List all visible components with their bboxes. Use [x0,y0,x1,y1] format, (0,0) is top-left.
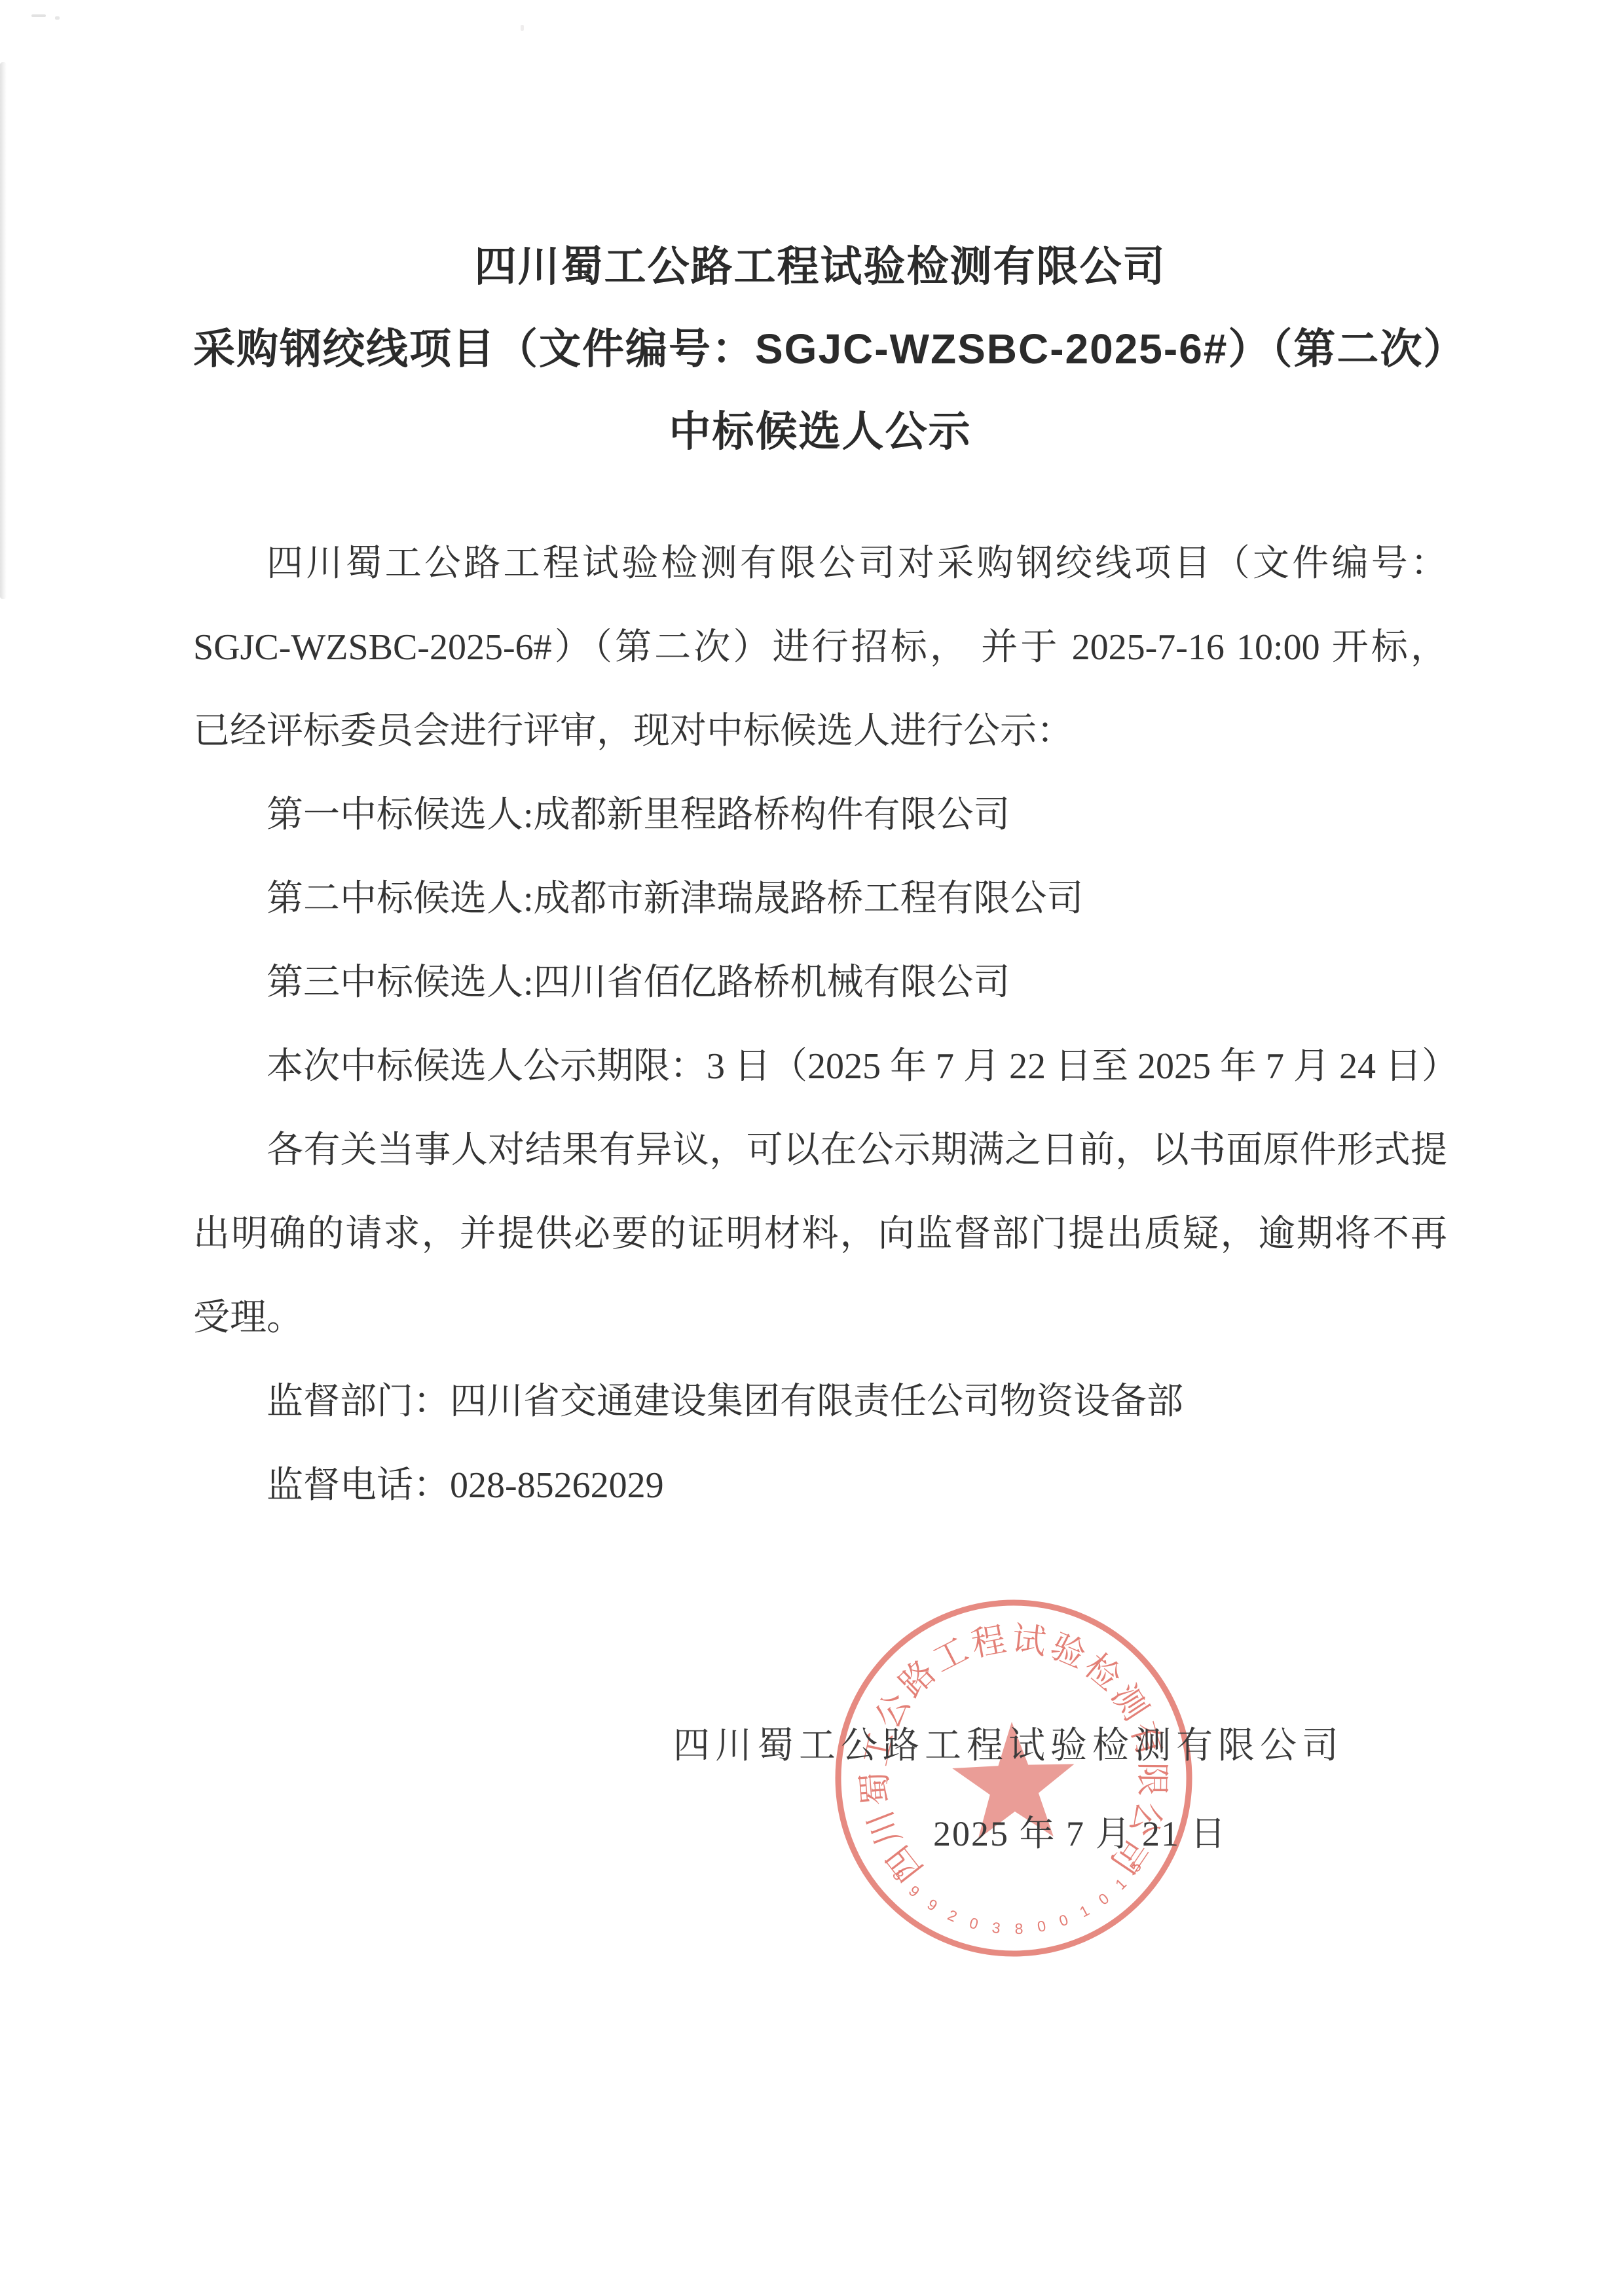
body-line-candidate-3: 第三中标候选人:四川省佰亿路桥机械有限公司 [193,941,1447,1025]
title-line-announcement: 中标候选人公示 [193,390,1447,473]
svg-text:3: 3 [991,1919,1001,1937]
title-line-project: 采购钢绞线项目（文件编号：SGJC-WZSBC-2025-6#）（第二次） [193,308,1447,390]
body-line: 受理。 [193,1276,1447,1360]
svg-text:1: 1 [1112,1875,1130,1893]
svg-text:0: 0 [1036,1917,1047,1935]
body-line-supervision-phone: 监督电话：028-85262029 [193,1444,1447,1527]
scan-speck [55,16,60,20]
svg-text:蜀: 蜀 [856,1770,896,1807]
body-line: 出明确的请求，并提供必要的证明材料，向监督部门提出质疑，逾期将不再 [193,1192,1447,1276]
body-line-candidate-2: 第二中标候选人:成都市新津瑞晟路桥工程有限公司 [193,857,1447,941]
svg-text:0: 0 [968,1914,980,1933]
body-line-candidate-1: 第一中标候选人:成都新里程路桥构件有限公司 [193,773,1447,857]
scan-speck [31,14,46,17]
svg-text:川: 川 [861,1806,909,1851]
body-line: 已经评标委员会进行评审，现对中标候选人进行公示： [193,689,1447,773]
title-line-company: 四川蜀工公路工程试验检测有限公司 [193,225,1447,308]
svg-text:9: 9 [906,1882,923,1901]
company-seal-stamp: 四川蜀工公路工程试验检测有限公司 5101008302993 [817,1582,1210,1975]
body-line: SGJC-WZSBC-2025-6#）（第二次）进行招标， 并于 2025-7-… [193,606,1447,689]
signature-company: 四川蜀工公路工程试验检测有限公司 [673,1717,1344,1769]
body-line-publicity-period: 本次中标候选人公示期限：3 日（2025 年 7 月 22 日至 2025 年 … [193,1025,1447,1108]
body-line: 四川蜀工公路工程试验检测有限公司对采购钢绞线项目（文件编号： [193,522,1447,606]
svg-text:0: 0 [1095,1889,1112,1908]
scan-speck [521,25,524,31]
svg-text:0: 0 [1057,1911,1071,1930]
document-body: 四川蜀工公路工程试验检测有限公司对采购钢绞线项目（文件编号： SGJC-WZSB… [193,522,1447,1527]
body-line: 各有关当事人对结果有异议，可以在公示期满之日前，以书面原件形式提 [193,1108,1447,1192]
scan-edge-artifact [0,62,7,599]
body-line-supervision-dept: 监督部门：四川省交通建设集团有限责任公司物资设备部 [193,1360,1447,1444]
svg-text:9: 9 [924,1895,940,1914]
svg-text:8: 8 [1014,1920,1024,1937]
svg-text:1: 1 [1077,1902,1092,1921]
document-title: 四川蜀工公路工程试验检测有限公司 采购钢绞线项目（文件编号：SGJC-WZSBC… [193,225,1447,473]
document-page: 四川蜀工公路工程试验检测有限公司 采购钢绞线项目（文件编号：SGJC-WZSBC… [0,0,1624,2296]
svg-text:试: 试 [1010,1620,1048,1662]
svg-text:2: 2 [945,1906,959,1925]
svg-text:程: 程 [969,1620,1009,1664]
signature-date: 2025 年 7 月 21 日 [933,1806,1227,1856]
